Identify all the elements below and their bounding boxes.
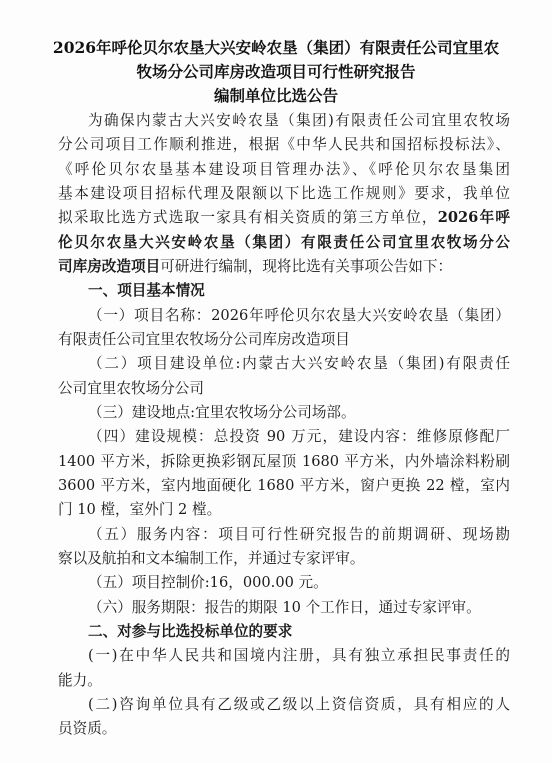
section-heading-2: 二、对参与比选投标单位的要求 <box>88 620 510 644</box>
req-registration-cont: 能力。 <box>58 669 510 693</box>
item-location: （三）建设地点:宜里农牧场分公司场部。 <box>88 401 510 425</box>
item-service-period: （六）服务期限：报告的期限 10 个工作日，通过专家评审。 <box>88 596 510 620</box>
intro-line: 拟采取比选方式选取一家具有相关资质的第三方单位，2026年呼 <box>58 206 510 230</box>
item-service-content: （五）服务内容：项目可行性研究报告的前期调研、现场勘 <box>88 523 510 547</box>
intro-text: 可研进行编制，现将比选有关事项公告如下： <box>160 258 452 275</box>
item-project-name-cont: 有限责任公司宜里农牧场分公司库房改造项目 <box>58 328 510 352</box>
intro-line: 《呼伦贝尔农垦基本建设项目管理办法》、《呼伦贝尔农垦集团 <box>58 158 510 182</box>
section-heading-1: 一、项目基本情况 <box>88 279 510 303</box>
item-project-name: （一）项目名称：2026年呼伦贝尔农垦大兴安岭农垦（集团） <box>88 304 510 328</box>
item-scale-cont: 3600 平方米，室内地面硬化 1680 平方米，窗户更换 22 樘，室内 <box>58 474 510 498</box>
item-control-price: （五）项目控制价:16，000.00 元。 <box>88 571 510 595</box>
intro-line: 为确保内蒙古大兴安岭农垦（集团)有限责任公司宜里农牧场 <box>88 109 510 133</box>
item-service-content-cont: 察以及航拍和文本编制工作，并通过专家评审。 <box>58 547 510 571</box>
document-page: 2026年呼伦贝尔农垦大兴安岭农垦（集团）有限责任公司宜里农 牧场分公司库房改造… <box>0 0 552 763</box>
intro-line: 基本建设项目招标代理及限额以下比选工作规则》要求，我单位 <box>58 182 510 206</box>
intro-project-name-bold: 司库房改造项目 <box>58 258 160 275</box>
item-construction-unit-cont: 公司宜里农牧场分公司 <box>58 377 510 401</box>
item-construction-unit: （二）项目建设单位:内蒙古大兴安岭农垦（集团)有限责任 <box>88 352 510 376</box>
intro-text: 拟采取比选方式选取一家具有相关资质的第三方单位， <box>58 209 438 226</box>
intro-line-bold: 伦贝尔农垦大兴安岭农垦（集团）有限责任公司宜里农牧场分公 <box>58 231 510 255</box>
intro-line: 分公司项目工作顺利推进，根据《中华人民共和国招标投标法》、 <box>58 133 510 157</box>
req-qualification: (二)咨询单位具有乙级或乙级以上资信资质，具有相应的人 <box>88 693 510 717</box>
item-scale-cont: 门 10 樘，室外门 2 樘。 <box>58 498 510 522</box>
title-line-1: 2026年呼伦贝尔农垦大兴安岭农垦（集团）有限责任公司宜里农 <box>0 36 552 60</box>
req-registration: (一)在中华人民共和国境内注册，具有独立承担民事责任的 <box>88 644 510 668</box>
title-line-3: 编制单位比选公告 <box>0 84 552 108</box>
item-scale-cont: 1400 平方米，拆除更换彩钢瓦屋顶 1680 平方米，内外墙涂料粉刷 <box>58 450 510 474</box>
title-line-2: 牧场分公司库房改造项目可行性研究报告 <box>0 60 552 84</box>
item-scale: （四）建设规模：总投资 90 万元，建设内容：维修原修配厂 <box>88 425 510 449</box>
intro-project-name-bold: 2026年呼 <box>438 209 510 226</box>
req-qualification-cont: 员资质。 <box>58 717 510 741</box>
intro-line: 司库房改造项目可研进行编制，现将比选有关事项公告如下： <box>58 255 510 279</box>
